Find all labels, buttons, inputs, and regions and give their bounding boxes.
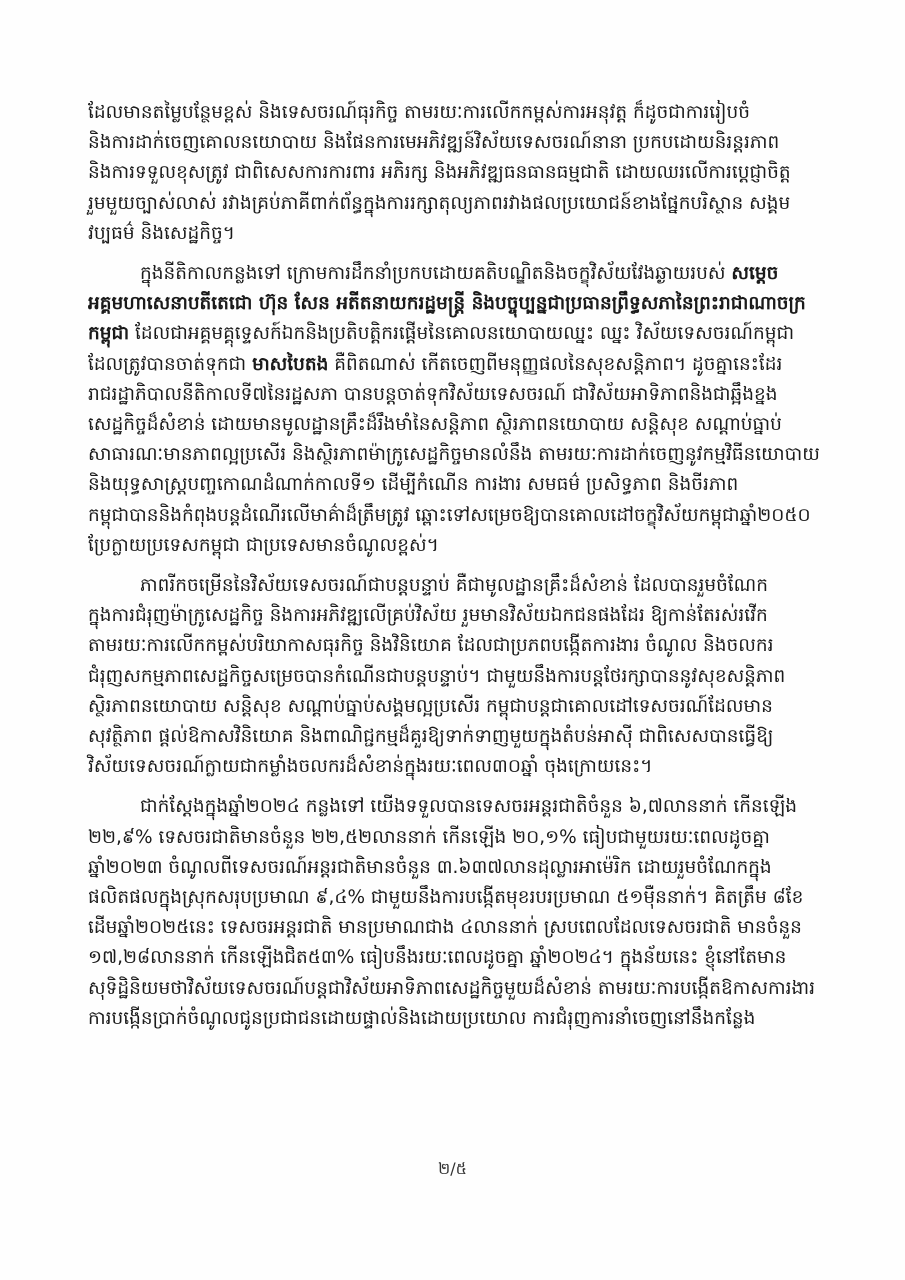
text-run: ជំរុញសកម្មភាពសេដ្ឋកិច្ចសម្រេចបានកំណើនជាប… <box>88 666 785 687</box>
text-run: សេដ្ឋកិច្ចដ៏សំខាន់ ដោយមានមូលដ្ឋានគ្រឹះដ៏… <box>88 414 782 435</box>
text-run: រាជរដ្ឋាភិបាលនីតិកាលទី៧នៃរដ្ឋសភា បានបន្ត… <box>88 384 778 405</box>
text-run: តាមរយៈការលើកកម្ពស់បរិយាកាសធុរកិច្ច និងវិ… <box>88 635 774 656</box>
text-run: ២២,៩% ទេសចរជាតិមានចំនួន ២២,៥២លាននាក់ កើន… <box>88 827 770 848</box>
text-line: កម្ពុជាបាននិងកំពុងបន្តដំណើរលើមាគ៌ាដ៏ត្រឹ… <box>88 501 824 531</box>
text-run: ក្នុងនីតិកាលកន្លងទៅ ក្រោមការដឹកនាំប្រកបដ… <box>140 263 731 284</box>
text-line: ដែលមានតម្លៃបន្ថែមខ្ពស់ និងទេសចរណ៍ធុរកិច្… <box>88 98 824 128</box>
text-run: និងយុទ្ធសាស្ត្របញ្ចកោណដំណាក់កាលទី១ ដើម្ប… <box>88 474 738 495</box>
text-run: ឆ្នាំ២០២៣ ចំណូលពីទេសចរណ៍អន្តរជាតិមានចំនួ… <box>88 857 772 878</box>
text-line: ភាពរីកចម្រើននៃវិស័យទេសចរណ៍ជាបន្តបន្ទាប់ … <box>88 571 824 601</box>
paragraph-1: ដែលមានតម្លៃបន្ថែមខ្ពស់ និងទេសចរណ៍ធុរកិច្… <box>88 98 824 249</box>
text-run: និងការដាក់ចេញគោលនយោបាយ និងផែនការមេអភិវឌ្… <box>88 132 779 153</box>
text-line: ផលិតផលក្នុងស្រុកសរុបប្រមាណ ៩,៤% ជាមួយនឹង… <box>88 883 824 913</box>
text-line: និងការទទួលខុសត្រូវ ជាពិសេសការការពារ អភិរ… <box>88 158 824 188</box>
text-run: ១៧,២៨លាននាក់ កើនឡើងជិត៥៣% ធៀបនឹងរយៈពេលដូ… <box>88 947 786 968</box>
bold-text-run: មាសបៃតង <box>252 354 328 375</box>
text-line: អគ្គមហាសេនាបតីតេជោ ហ៊ុន សែន អតីតនាយករដ្ឋ… <box>88 289 824 319</box>
text-line: ដែលត្រូវបានចាត់ទុកជា មាសបៃតង គឺពិតណាស់ ក… <box>88 350 824 380</box>
text-line: និងយុទ្ធសាស្ត្របញ្ចកោណដំណាក់កាលទី១ ដើម្ប… <box>88 470 824 500</box>
text-line: ស្ថិរភាពនយោបាយ សន្តិសុខ សណ្តាប់ធ្នាប់សង្… <box>88 692 824 722</box>
text-run: ដែលជាអគ្គមគ្គុទ្ទេសក៍ឯកនិងប្រតិបត្តិករផ្… <box>129 323 794 344</box>
paragraph-4: ជាក់ស្តែងក្នុងឆ្នាំ២០២៤ កន្លងទៅ យើងទទួលប… <box>88 792 824 1034</box>
text-line: សាធារណៈមានភាពល្អប្រសើរ និងស្ថិរភាពម៉ាក្រ… <box>88 440 824 470</box>
text-line: កម្ពុជា ដែលជាអគ្គមគ្គុទ្ទេសក៍ឯកនិងប្រតិប… <box>88 319 824 349</box>
text-line: ប្រែក្លាយប្រទេសកម្ពុជា ជាប្រទេសមានចំណូលខ… <box>88 531 824 561</box>
text-run: ក្នុងការជំរុញម៉ាក្រូសេដ្ឋកិច្ច និងការអភិ… <box>88 605 768 626</box>
text-run: ដែលត្រូវបានចាត់ទុកជា <box>88 354 252 375</box>
text-run: សុទិដ្ឋិនិយមថាវិស័យទេសចរណ៍បន្តជាវិស័យអាទ… <box>88 978 815 999</box>
text-run: សាធារណៈមានភាពល្អប្រសើរ និងស្ថិរភាពម៉ាក្រ… <box>88 444 820 465</box>
text-line: រួមមួយច្បាស់លាស់ រវាងគ្រប់ភាគីពាក់ព័ន្ធក… <box>88 189 824 219</box>
text-run: ភាពរីកចម្រើននៃវិស័យទេសចរណ៍ជាបន្តបន្ទាប់ … <box>140 575 768 596</box>
text-run: ប្រែក្លាយប្រទេសកម្ពុជា ជាប្រទេសមានចំណូលខ… <box>88 535 439 556</box>
bold-text-run: អគ្គមហាសេនាបតីតេជោ ហ៊ុន សែន អតីតនាយករដ្ឋ… <box>88 293 806 314</box>
text-run: កម្ពុជាបាននិងកំពុងបន្តដំណើរលើមាគ៌ាដ៏ត្រឹ… <box>88 505 811 526</box>
text-line: ក្នុងការជំរុញម៉ាក្រូសេដ្ឋកិច្ច និងការអភិ… <box>88 601 824 631</box>
text-line: តាមរយៈការលើកកម្ពស់បរិយាកាសធុរកិច្ច និងវិ… <box>88 631 824 661</box>
text-run: ជាក់ស្តែងក្នុងឆ្នាំ២០២៤ កន្លងទៅ យើងទទួលប… <box>140 796 797 817</box>
text-run: ដែលមានតម្លៃបន្ថែមខ្ពស់ និងទេសចរណ៍ធុរកិច្… <box>88 102 750 123</box>
text-run: សុវត្ថិភាព ផ្តល់ឱកាសវិនិយោគ និងពាណិជ្ជកម… <box>88 726 773 747</box>
text-run: វិស័យទេសចរណ៍ក្លាយជាកម្លាំងចលករដ៏សំខាន់ក្… <box>88 756 652 777</box>
text-line: រាជរដ្ឋាភិបាលនីតិកាលទី៧នៃរដ្ឋសភា បានបន្ត… <box>88 380 824 410</box>
text-run: រួមមួយច្បាស់លាស់ រវាងគ្រប់ភាគីពាក់ព័ន្ធក… <box>88 193 790 214</box>
text-line: សុវត្ថិភាព ផ្តល់ឱកាសវិនិយោគ និងពាណិជ្ជកម… <box>88 722 824 752</box>
document-body: ដែលមានតម្លៃបន្ថែមខ្ពស់ និងទេសចរណ៍ធុរកិច្… <box>88 98 824 1044</box>
text-line: ជំរុញសកម្មភាពសេដ្ឋកិច្ចសម្រេចបានកំណើនជាប… <box>88 662 824 692</box>
text-line: និងការដាក់ចេញគោលនយោបាយ និងផែនការមេអភិវឌ្… <box>88 128 824 158</box>
text-line: ជាក់ស្តែងក្នុងឆ្នាំ២០២៤ កន្លងទៅ យើងទទួលប… <box>88 792 824 822</box>
text-run: ស្ថិរភាពនយោបាយ សន្តិសុខ សណ្តាប់ធ្នាប់សង្… <box>88 696 773 717</box>
text-line: ការបង្កើនប្រាក់ចំណូលជូនប្រជាជនដោយផ្ទាល់ន… <box>88 1004 824 1034</box>
text-line: វប្បធម៌ និងសេដ្ឋកិច្ច។ <box>88 219 824 249</box>
bold-text-run: កម្ពុជា <box>88 323 129 344</box>
text-run: និងការទទួលខុសត្រូវ ជាពិសេសការការពារ អភិរ… <box>88 162 791 183</box>
paragraph-3: ភាពរីកចម្រើននៃវិស័យទេសចរណ៍ជាបន្តបន្ទាប់ … <box>88 571 824 782</box>
text-line: ដើមឆ្នាំ២០២៥នេះ ទេសចរអន្តរជាតិ មានប្រមាណ… <box>88 913 824 943</box>
text-line: វិស័យទេសចរណ៍ក្លាយជាកម្លាំងចលករដ៏សំខាន់ក្… <box>88 752 824 782</box>
text-line: ឆ្នាំ២០២៣ ចំណូលពីទេសចរណ៍អន្តរជាតិមានចំនួ… <box>88 853 824 883</box>
text-run: ដើមឆ្នាំ២០២៥នេះ ទេសចរអន្តរជាតិ មានប្រមាណ… <box>88 917 802 938</box>
text-line: សេដ្ឋកិច្ចដ៏សំខាន់ ដោយមានមូលដ្ឋានគ្រឹះដ៏… <box>88 410 824 440</box>
document-page: ដែលមានតម្លៃបន្ថែមខ្ពស់ និងទេសចរណ៍ធុរកិច្… <box>0 0 905 1280</box>
text-line: ១៧,២៨លាននាក់ កើនឡើងជិត៥៣% ធៀបនឹងរយៈពេលដូ… <box>88 943 824 973</box>
text-run: ការបង្កើនប្រាក់ចំណូលជូនប្រជាជនដោយផ្ទាល់ន… <box>88 1008 755 1029</box>
paragraph-2: ក្នុងនីតិកាលកន្លងទៅ ក្រោមការដឹកនាំប្រកបដ… <box>88 259 824 561</box>
text-line: សុទិដ្ឋិនិយមថាវិស័យទេសចរណ៍បន្តជាវិស័យអាទ… <box>88 974 824 1004</box>
bold-text-run: សម្តេច <box>731 263 778 284</box>
text-line: ២២,៩% ទេសចរជាតិមានចំនួន ២២,៥២លាននាក់ កើន… <box>88 823 824 853</box>
text-run: វប្បធម៌ និងសេដ្ឋកិច្ច។ <box>88 223 235 244</box>
text-line: ក្នុងនីតិកាលកន្លងទៅ ក្រោមការដឹកនាំប្រកបដ… <box>88 259 824 289</box>
page-number: ២/៥ <box>0 1158 905 1182</box>
text-run: ផលិតផលក្នុងស្រុកសរុបប្រមាណ ៩,៤% ជាមួយនឹង… <box>88 887 803 908</box>
text-run: គឺពិតណាស់ កើតចេញពីមនុញ្ញផលនៃសុខសន្តិភាព។… <box>328 354 782 375</box>
